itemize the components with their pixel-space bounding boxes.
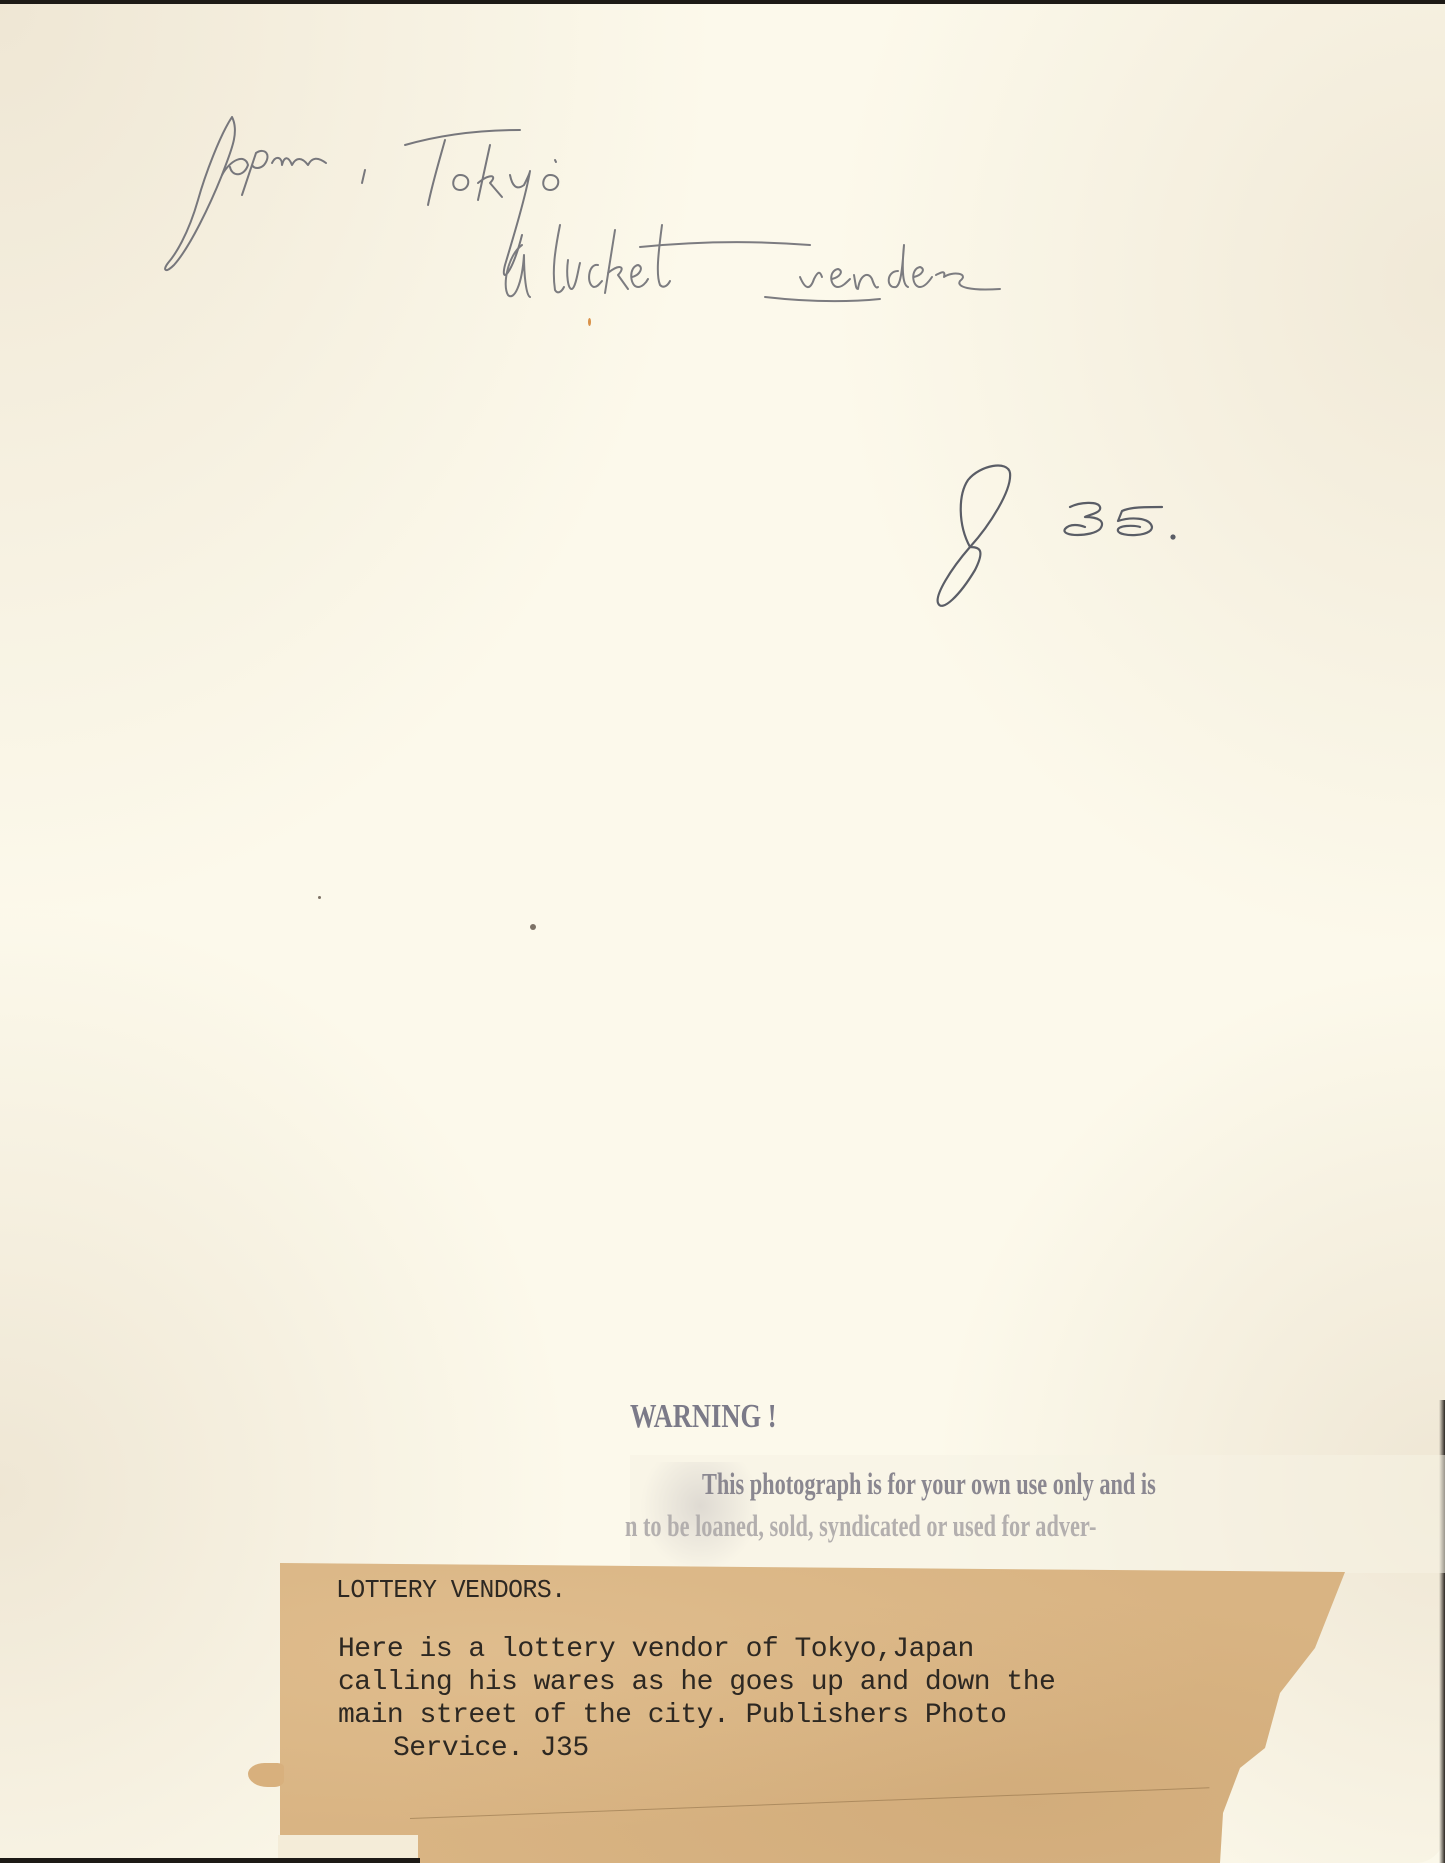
handwritten-catalog-number: J 35. [930, 455, 1190, 615]
warning-stamp-title: WARNING ! [630, 1398, 777, 1436]
slip-tear-flake [248, 1763, 284, 1787]
caption-line-4: Service. J35 [393, 1733, 589, 1764]
paper-speck [530, 924, 536, 930]
caption-line-3: main street of the city. Publishers Phot… [338, 1700, 1006, 1731]
caption-line-2: calling his wares as he goes up and down… [338, 1667, 1055, 1698]
caption-title: LOTTERY VENDORS. [336, 1575, 566, 1605]
scan-bottom-edge [0, 1858, 420, 1863]
warning-stamp-line-1: This photograph is for your own use only… [702, 1466, 1156, 1502]
warning-stamp-line-2: n to be loaned, sold, syndicated or used… [625, 1508, 1096, 1544]
paper-speck [588, 318, 591, 326]
handwritten-description: a ticket vender [500, 215, 1040, 315]
caption-line-1: Here is a lottery vendor of Tokyo,Japan [338, 1634, 974, 1665]
paper-speck [318, 896, 321, 899]
